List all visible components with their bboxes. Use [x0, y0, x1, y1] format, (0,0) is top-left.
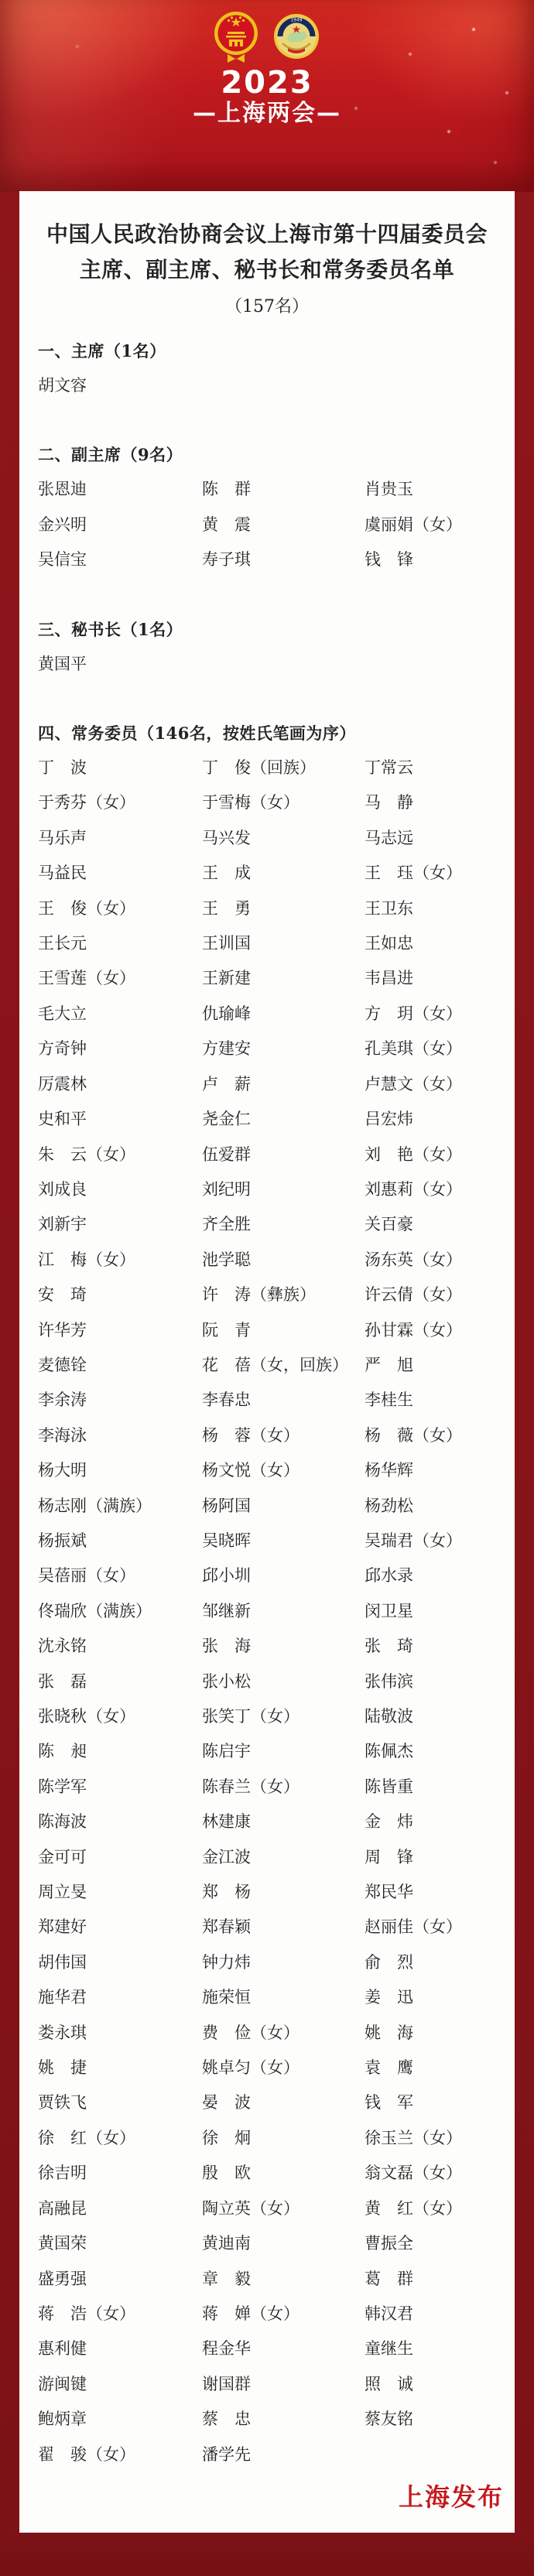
member-name: 鲍炳章	[38, 2402, 202, 2437]
member-name: 许云倩（女）	[365, 1278, 508, 1312]
member-name: 闵卫星	[365, 1594, 508, 1629]
member-name: 刘成良	[38, 1172, 202, 1207]
member-name: 徐 炯	[202, 2121, 365, 2156]
member-name: 张 磊	[38, 1664, 202, 1699]
member-name: 安 琦	[38, 1278, 202, 1312]
member-name: 陈 昶	[38, 1734, 202, 1769]
member-name: 童继生	[365, 2331, 508, 2366]
member-name: 王训国	[202, 926, 365, 961]
member-name: 胡伟国	[38, 1945, 202, 1980]
member-name: 寿子琪	[202, 542, 365, 577]
section-heading: 四、常务委员（146名，按姓氏笔画为序）	[38, 716, 508, 751]
member-name: 池学聪	[202, 1243, 365, 1278]
member-name: 邹继新	[202, 1594, 365, 1629]
member-name: 章 毅	[202, 2262, 365, 2297]
member-name: 高融昆	[38, 2191, 202, 2226]
member-name: 汤东英（女）	[365, 1243, 508, 1278]
member-name: 张晓秋（女）	[38, 1699, 202, 1734]
member-name: 张伟滨	[365, 1664, 508, 1699]
name-grid: 张恩迪陈 群肖贵玉金兴明黄 震虞丽娟（女）吴信宝寿子琪钱 锋	[38, 472, 508, 577]
member-name: 曹振全	[365, 2226, 508, 2261]
member-name: 仇瑜峰	[202, 997, 365, 1031]
member-name: 郑春颖	[202, 1910, 365, 1945]
member-name: 杨振斌	[38, 1524, 202, 1558]
poster-page: 1949 2023 —上海两会— 中国人民政治协商会议上海市第十四届委员会 主席…	[0, 0, 534, 2576]
member-name: 蔡友铭	[365, 2402, 508, 2437]
name-grid: 胡文容	[38, 368, 508, 403]
member-name: 姚卓匀（女）	[202, 2051, 365, 2085]
member-name: 吕宏炜	[365, 1102, 508, 1137]
member-name: 方建安	[202, 1031, 365, 1066]
member-name: 郑 杨	[202, 1875, 365, 1910]
member-name: 王 勇	[202, 891, 365, 926]
member-name: 徐 红（女）	[38, 2121, 202, 2156]
member-name: 杨大明	[38, 1453, 202, 1488]
member-name: 金兴明	[38, 508, 202, 542]
member-name: 朱 云（女）	[38, 1137, 202, 1172]
section-heading: 二、副主席（9名）	[38, 437, 508, 472]
section: 四、常务委员（146名，按姓氏笔画为序）丁 波丁 俊（回族）丁常云于秀芬（女）于…	[19, 716, 515, 2472]
member-name: 陈春兰（女）	[202, 1770, 365, 1805]
member-name: 金江波	[202, 1840, 365, 1875]
member-name: 毛大立	[38, 997, 202, 1031]
member-name: 邱水录	[365, 1558, 508, 1593]
member-name: 胡文容	[38, 368, 202, 403]
member-name: 施华君	[38, 1980, 202, 2015]
member-name: 杨华辉	[365, 1453, 508, 1488]
member-name: 马志远	[365, 821, 508, 856]
member-name: 潘学先	[202, 2437, 365, 2472]
member-name: 肖贵玉	[365, 472, 508, 507]
member-name: 盛勇强	[38, 2262, 202, 2297]
member-name: 杨 薇（女）	[365, 1418, 508, 1453]
member-name: 张恩迪	[38, 472, 202, 507]
member-name: 丁常云	[365, 751, 508, 785]
member-name: 吴晓晖	[202, 1524, 365, 1558]
member-name: 王新建	[202, 961, 365, 996]
member-name: 晏 波	[202, 2085, 365, 2120]
member-name: 关百豪	[365, 1207, 508, 1242]
member-name: 齐全胜	[202, 1207, 365, 1242]
member-name: 韩汉君	[365, 2297, 508, 2331]
member-name: 方奇钟	[38, 1031, 202, 1066]
member-name: 许 涛（彝族）	[202, 1278, 365, 1312]
name-grid: 丁 波丁 俊（回族）丁常云于秀芬（女）于雪梅（女）马 静马乐声马兴发马志远马益民…	[38, 751, 508, 2472]
member-name: 蔡 忠	[202, 2402, 365, 2437]
member-name: 马 静	[365, 785, 508, 820]
member-name: 沈永铭	[38, 1629, 202, 1664]
member-name: 伍爱群	[202, 1137, 365, 1172]
member-name: 孙甘霖（女）	[365, 1313, 508, 1348]
member-name: 王雪莲（女）	[38, 961, 202, 996]
member-name: 张笑丁（女）	[202, 1699, 365, 1734]
member-name: 姜 迅	[365, 1980, 508, 2015]
member-name: 游闽键	[38, 2367, 202, 2402]
member-name: 于秀芬（女）	[38, 785, 202, 820]
member-name: 蒋 浩（女）	[38, 2297, 202, 2331]
member-name: 程金华	[202, 2331, 365, 2366]
member-name: 史和平	[38, 1102, 202, 1137]
publisher-brand: 上海发布	[19, 2483, 515, 2511]
member-name: 马兴发	[202, 821, 365, 856]
member-name: 钟力炜	[202, 1945, 365, 1980]
member-name: 麦德铨	[38, 1348, 202, 1383]
member-name: 杨志刚（满族）	[38, 1489, 202, 1524]
member-name: 刘 艳（女）	[365, 1137, 508, 1172]
member-name: 方 玥（女）	[365, 997, 508, 1031]
member-name: 马乐声	[38, 821, 202, 856]
member-name: 李余涛	[38, 1383, 202, 1418]
member-name: 于雪梅（女）	[202, 785, 365, 820]
member-name: 王 俊（女）	[38, 891, 202, 926]
member-name: 张小松	[202, 1664, 365, 1699]
member-name: 翟 骏（女）	[38, 2437, 202, 2472]
member-name: 钱 锋	[365, 542, 508, 577]
member-name: 花 蓓（女，回族）	[202, 1348, 365, 1383]
document-count-note: （157名）	[19, 287, 515, 327]
name-grid: 黄国平	[38, 647, 508, 682]
member-name: 尧金仁	[202, 1102, 365, 1137]
member-name: 卢 薪	[202, 1067, 365, 1102]
banner-year: 2023	[0, 67, 534, 99]
member-name: 黄 红（女）	[365, 2191, 508, 2226]
member-name: 吴蓓丽（女）	[38, 1558, 202, 1593]
banner-subtitle: —上海两会—	[0, 101, 534, 127]
member-name: 刘纪明	[202, 1172, 365, 1207]
member-name: 陆敬波	[365, 1699, 508, 1734]
member-name: 郑民华	[365, 1875, 508, 1910]
member-name: 卢慧文（女）	[365, 1067, 508, 1102]
member-name: 陈皆重	[365, 1770, 508, 1805]
member-name: 黄迪南	[202, 2226, 365, 2261]
member-name: 黄国平	[38, 647, 202, 682]
member-name: 陈佩杰	[365, 1734, 508, 1769]
member-name: 黄 震	[202, 508, 365, 542]
member-name: 杨 蓉（女）	[202, 1418, 365, 1453]
member-name: 赵丽佳（女）	[365, 1910, 508, 1945]
member-name: 刘新宇	[38, 1207, 202, 1242]
member-name: 张 琦	[365, 1629, 508, 1664]
member-name: 姚 海	[365, 2016, 508, 2051]
member-name: 严 旭	[365, 1348, 508, 1383]
member-name: 李春忠	[202, 1383, 365, 1418]
member-name: 厉震林	[38, 1067, 202, 1102]
member-name: 金 炜	[365, 1805, 508, 1839]
member-name: 施荣恒	[202, 1980, 365, 2015]
member-name: 殷 欧	[202, 2156, 365, 2191]
member-name: 刘惠莉（女）	[365, 1172, 508, 1207]
member-name: 黄国荣	[38, 2226, 202, 2261]
member-name: 丁 波	[38, 751, 202, 785]
banner-header: 1949 2023 —上海两会—	[0, 0, 534, 192]
member-name: 谢国群	[202, 2367, 365, 2402]
member-name: 杨阿国	[202, 1489, 365, 1524]
member-name: 翁文磊（女）	[365, 2156, 508, 2191]
member-name: 照 诚	[365, 2367, 508, 2402]
section: 三、秘书长（1名）黄国平	[19, 612, 515, 682]
member-name: 王 成	[202, 856, 365, 891]
member-name: 王如忠	[365, 926, 508, 961]
member-name: 许华芳	[38, 1313, 202, 1348]
member-name: 吴信宝	[38, 542, 202, 577]
emblem-row: 1949	[0, 0, 534, 63]
section-heading: 三、秘书长（1名）	[38, 612, 508, 647]
member-name: 张 海	[202, 1629, 365, 1664]
member-name: 韦昌进	[365, 961, 508, 996]
section-heading: 一、主席（1名）	[38, 334, 508, 368]
member-name: 惠利健	[38, 2331, 202, 2366]
member-name: 蒋 婵（女）	[202, 2297, 365, 2331]
document-title-line2: 主席、副主席、秘书长和常务委员名单	[19, 253, 515, 287]
member-name: 周 锋	[365, 1840, 508, 1875]
document-card: 中国人民政治协商会议上海市第十四届委员会 主席、副主席、秘书长和常务委员名单 （…	[19, 191, 515, 2533]
cppcc-emblem-icon: 1949	[272, 12, 320, 62]
document-title-line1: 中国人民政治协商会议上海市第十四届委员会	[19, 216, 515, 253]
member-name: 俞 烈	[365, 1945, 508, 1980]
member-name: 杨文悦（女）	[202, 1453, 365, 1488]
member-name: 马益民	[38, 856, 202, 891]
member-name: 林建康	[202, 1805, 365, 1839]
member-name: 虞丽娟（女）	[365, 508, 508, 542]
member-name: 王卫东	[365, 891, 508, 926]
member-name: 李海泳	[38, 1418, 202, 1453]
member-name: 陶立英（女）	[202, 2191, 365, 2226]
member-name: 陈 群	[202, 472, 365, 507]
member-name: 贾铁飞	[38, 2085, 202, 2120]
member-name: 周立旻	[38, 1875, 202, 1910]
member-name: 孔美琪（女）	[365, 1031, 508, 1066]
member-name: 姚 捷	[38, 2051, 202, 2085]
member-name: 邱小圳	[202, 1558, 365, 1593]
name-sections: 一、主席（1名）胡文容二、副主席（9名）张恩迪陈 群肖贵玉金兴明黄 震虞丽娟（女…	[19, 334, 515, 2472]
member-name: 佟瑞欣（满族）	[38, 1594, 202, 1629]
member-name: 李桂生	[365, 1383, 508, 1418]
member-name: 江 梅（女）	[38, 1243, 202, 1278]
member-name: 阮 青	[202, 1313, 365, 1348]
member-name: 吴瑞君（女）	[365, 1524, 508, 1558]
member-name: 袁 鹰	[365, 2051, 508, 2085]
member-name: 钱 军	[365, 2085, 508, 2120]
member-name: 丁 俊（回族）	[202, 751, 365, 785]
section: 二、副主席（9名）张恩迪陈 群肖贵玉金兴明黄 震虞丽娟（女）吴信宝寿子琪钱 锋	[19, 437, 515, 577]
member-name: 陈启宇	[202, 1734, 365, 1769]
section: 一、主席（1名）胡文容	[19, 334, 515, 403]
cppcc-emblem-year-text: 1949	[290, 18, 302, 23]
member-name: 徐吉明	[38, 2156, 202, 2191]
member-name: 陈海波	[38, 1805, 202, 1839]
member-name: 金可可	[38, 1840, 202, 1875]
footer-strip	[0, 2533, 534, 2576]
member-name: 陈学军	[38, 1770, 202, 1805]
member-name: 娄永琪	[38, 2016, 202, 2051]
member-name: 杨劲松	[365, 1489, 508, 1524]
member-name: 葛 群	[365, 2262, 508, 2297]
member-name: 费 俭（女）	[202, 2016, 365, 2051]
member-name: 王长元	[38, 926, 202, 961]
national-emblem-icon	[214, 11, 258, 63]
member-name: 徐玉兰（女）	[365, 2121, 508, 2156]
member-name: 王 珏（女）	[365, 856, 508, 891]
member-name: 郑建好	[38, 1910, 202, 1945]
